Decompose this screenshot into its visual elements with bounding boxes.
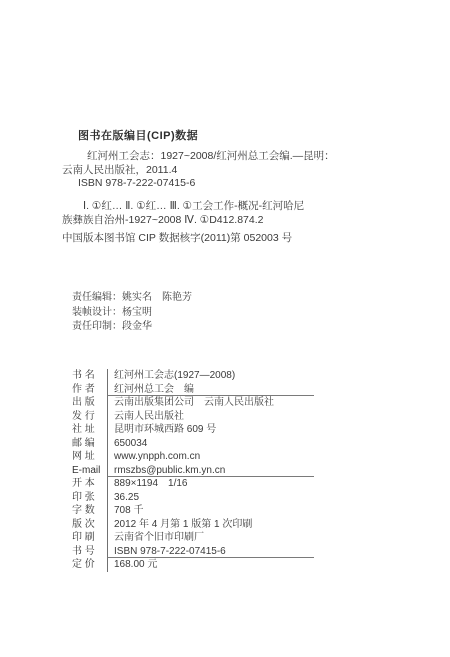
row-value: 650034: [107, 437, 314, 451]
table-row-printshop: 印 刷 云南省个旧市印刷厂: [72, 531, 314, 545]
row-label: 开 本: [72, 477, 107, 491]
table-row-distributor: 发 行 云南人民出版社: [72, 410, 314, 424]
row-label: 出 版: [72, 396, 107, 410]
row-label: 邮 编: [72, 437, 107, 451]
staff-printer-line: 责任印制：段金华: [72, 320, 192, 335]
row-value: 云南出版集团公司 云南人民出版社: [107, 396, 314, 410]
row-value: 红河州工会志(1927—2008): [107, 369, 314, 383]
row-value: 168.00 元: [107, 558, 314, 572]
row-label: 社 址: [72, 423, 107, 437]
book-copyright-page: 图书在版编目(CIP)数据 红河州工会志：1927~2008/红河州总工会编.—…: [0, 0, 450, 657]
row-value: 云南省个旧市印刷厂: [107, 531, 314, 545]
colophon-table: 书 名 红河州工会志(1927—2008) 作 者 红河州总工会 编 出 版 云…: [72, 369, 314, 572]
table-row-isbn: 书 号 ISBN 978-7-222-07415-6: [72, 545, 314, 559]
cip-isbn: ISBN 978-7-222-07415-6: [62, 177, 378, 191]
cip-record-line-1: 红河州工会志：1927~2008/红河州总工会编.—昆明：: [62, 150, 378, 164]
table-row-author: 作 者 红河州总工会 编: [72, 383, 314, 397]
cip-header: 图书在版编目(CIP)数据: [62, 130, 378, 144]
table-row-edition: 版 次 2012 年 4 月第 1 版第 1 次印刷: [72, 518, 314, 532]
table-row-title: 书 名 红河州工会志(1927—2008): [72, 369, 314, 383]
table-row-publisher: 出 版 云南出版集团公司 云南人民出版社: [72, 396, 314, 410]
row-label: 发 行: [72, 410, 107, 424]
row-label: 版 次: [72, 518, 107, 532]
staff-section: 责任编辑：姚实名 陈艳芳 装帧设计：杨宝明 责任印制：段金华: [72, 291, 192, 335]
cip-registry: 中国版本图书馆 CIP 数据核字(2011)第 052003 号: [62, 232, 378, 246]
row-value: ISBN 978-7-222-07415-6: [107, 545, 314, 559]
row-value: 昆明市环城西路 609 号: [107, 423, 314, 437]
row-value: 708 千: [107, 504, 314, 518]
table-row-format: 开 本 889×1194 1/16: [72, 477, 314, 491]
row-label: 定 价: [72, 558, 107, 572]
row-value: 云南人民出版社: [107, 410, 314, 424]
cip-classification-line-2: 族彝族自治州-1927~2008 Ⅳ. ①D412.874.2: [62, 214, 378, 228]
table-row-wordcount: 字 数 708 千: [72, 504, 314, 518]
table-row-price: 定 价 168.00 元: [72, 558, 314, 572]
table-row-email: E-mail rmszbs@public.km.yn.cn: [72, 464, 314, 478]
row-label: 字 数: [72, 504, 107, 518]
cip-record-line-2: 云南人民出版社，2011.4: [62, 164, 378, 178]
row-value: www.ynpph.com.cn: [107, 450, 314, 464]
row-label: 书 号: [72, 545, 107, 559]
row-value: 36.25: [107, 491, 314, 505]
cip-section: 图书在版编目(CIP)数据 红河州工会志：1927~2008/红河州总工会编.—…: [62, 130, 378, 246]
row-value: 红河州总工会 编: [107, 383, 314, 397]
row-label: 网 址: [72, 450, 107, 464]
row-value: 889×1194 1/16: [107, 477, 314, 491]
row-label: E-mail: [72, 464, 107, 478]
row-value: rmszbs@public.km.yn.cn: [107, 464, 314, 478]
staff-designer-line: 装帧设计：杨宝明: [72, 306, 192, 321]
table-row-website: 网 址 www.ynpph.com.cn: [72, 450, 314, 464]
row-label: 作 者: [72, 383, 107, 397]
staff-editor-line: 责任编辑：姚实名 陈艳芳: [72, 291, 192, 306]
table-row-address: 社 址 昆明市环城西路 609 号: [72, 423, 314, 437]
row-label: 印 张: [72, 491, 107, 505]
table-row-postcode: 邮 编 650034: [72, 437, 314, 451]
cip-classification-line-1: Ⅰ. ①红… Ⅱ. ①红… Ⅲ. ①工会工作-概况-红河哈尼: [62, 200, 378, 214]
row-label: 印 刷: [72, 531, 107, 545]
table-row-sheets: 印 张 36.25: [72, 491, 314, 505]
row-label: 书 名: [72, 369, 107, 383]
row-value: 2012 年 4 月第 1 版第 1 次印刷: [107, 518, 314, 532]
